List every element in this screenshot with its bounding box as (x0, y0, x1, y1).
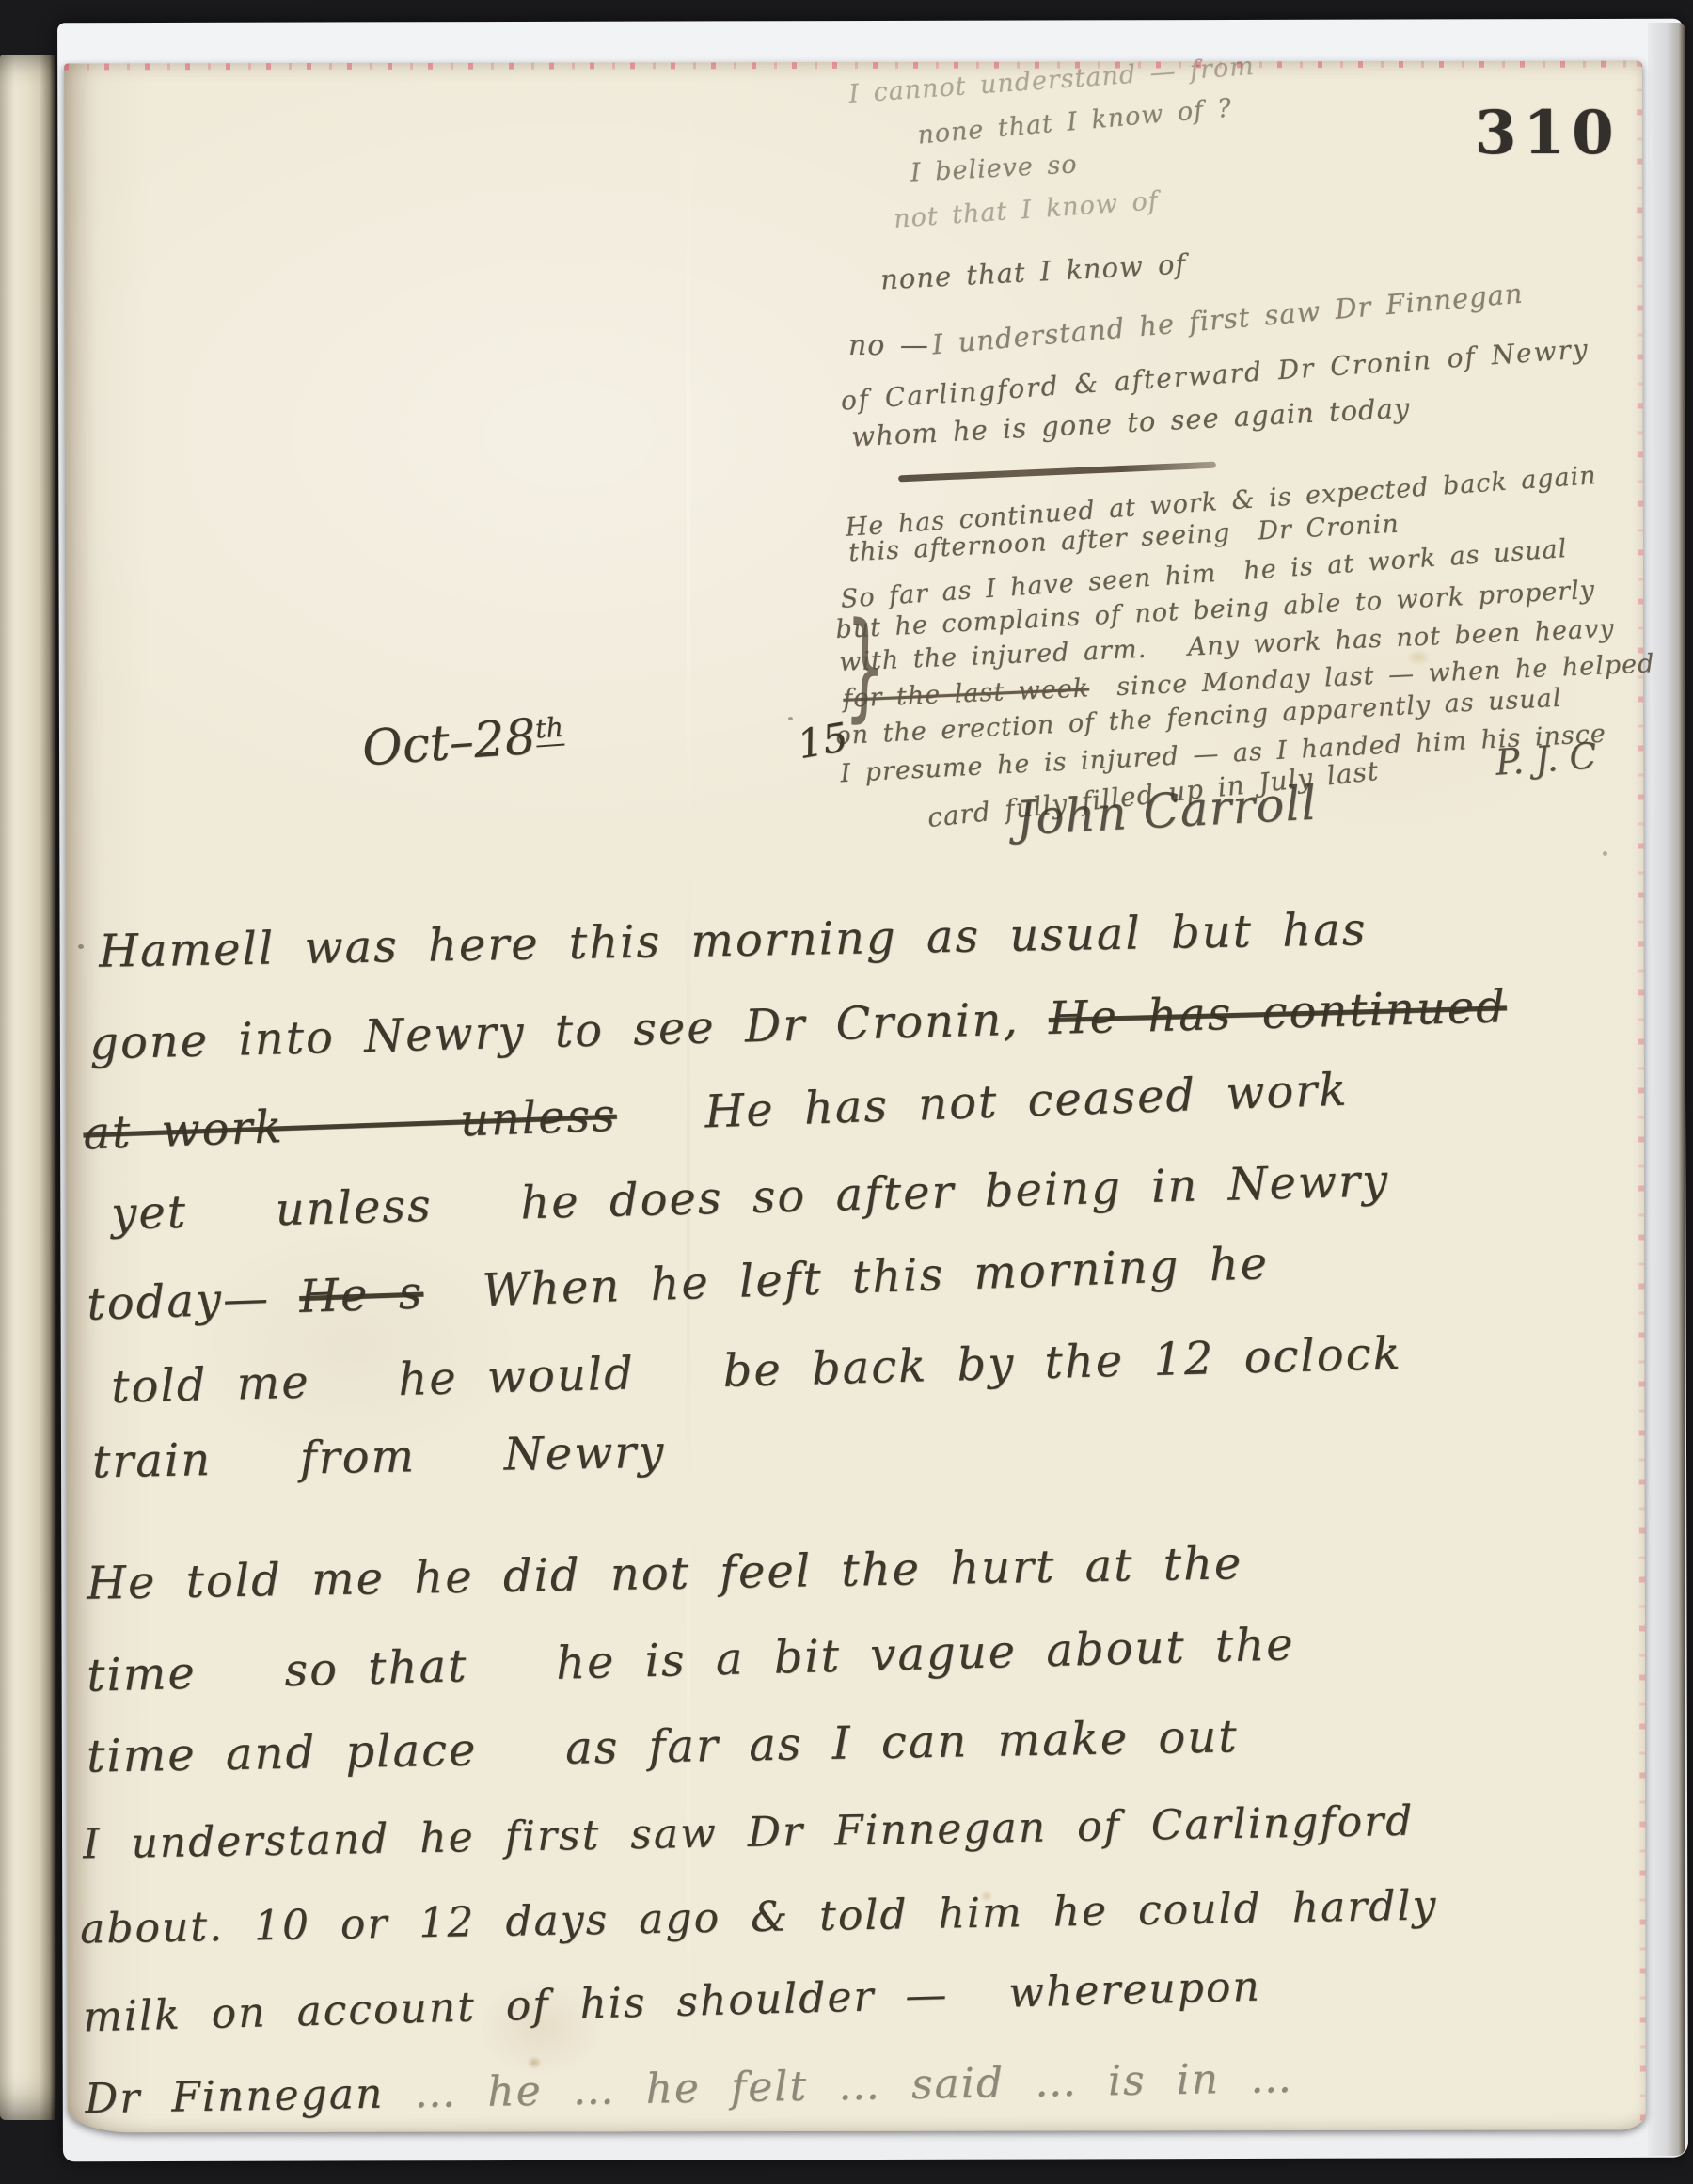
book-left-page-edges (0, 55, 56, 2120)
signature-credential: P. J. C (1495, 737, 1598, 782)
manuscript-scan: { "page": { "number": "310", "colors": {… (0, 0, 1693, 2184)
ink-speck (1603, 851, 1607, 856)
ink-speck (78, 944, 84, 949)
body-text: today— (86, 1271, 300, 1331)
struck-body-text: unless (459, 1089, 618, 1147)
body-line-7: train from Newry (92, 1429, 666, 1486)
year: 15 (795, 717, 851, 767)
right-page-edges (1648, 23, 1685, 2156)
page-number: 310 (1475, 98, 1621, 168)
struck-body-text: He s (298, 1266, 424, 1323)
date: Oct–28th (360, 710, 565, 775)
pencil-note-no: no — (848, 331, 929, 361)
ink-speck (788, 717, 793, 720)
body-text: Dr Finnegan (85, 2069, 415, 2123)
date-ordinal: th (534, 711, 564, 748)
